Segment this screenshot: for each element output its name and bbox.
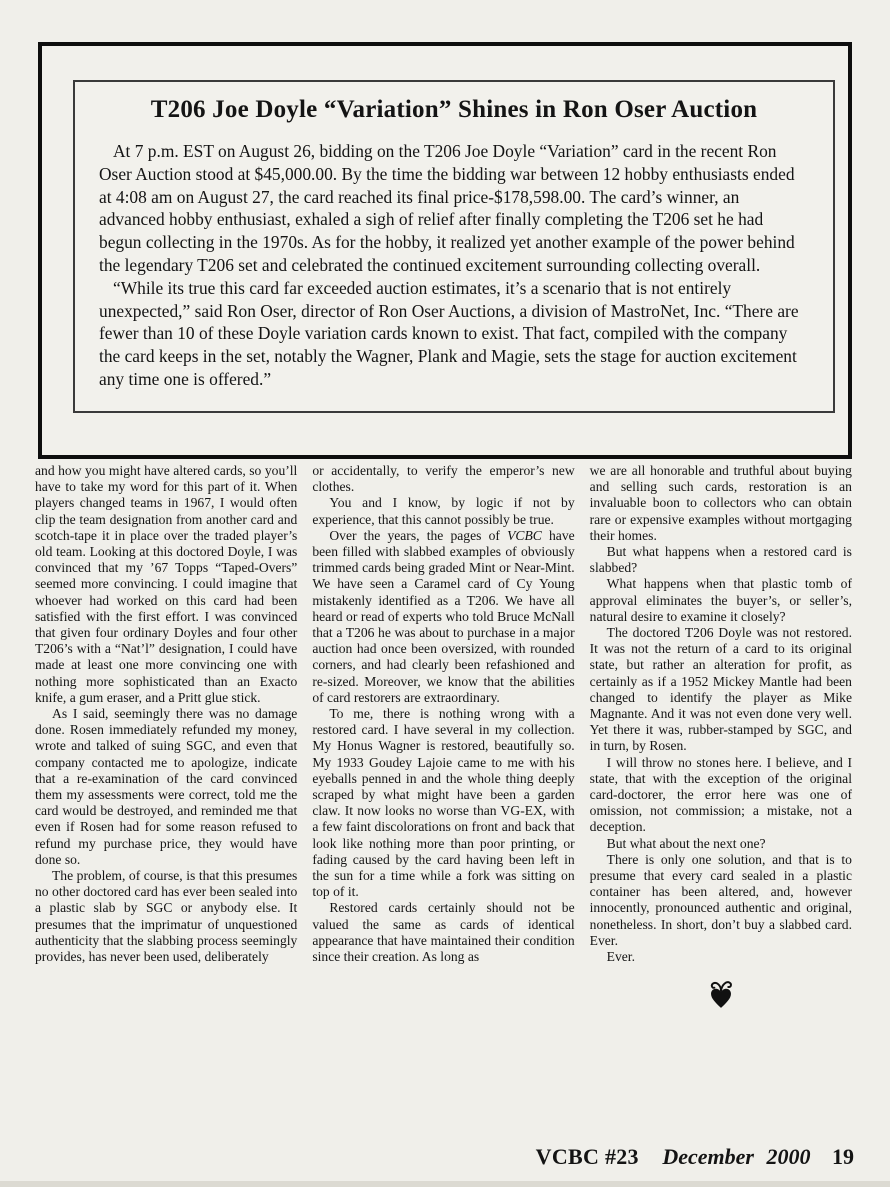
article-paragraph: But what happens when a restored card is… [590, 544, 852, 576]
page-footer: VCBC #23 December 2000 19 [536, 1144, 854, 1170]
article-paragraph: The problem, of course, is that this pre… [35, 868, 297, 965]
page-number: 19 [832, 1144, 854, 1169]
article-paragraph: Over the years, the pages of VCBC have b… [312, 528, 574, 706]
column-2: or accidentally, to verify the emperor’s… [312, 463, 574, 1139]
article-paragraph: and how you might have altered cards, so… [35, 463, 297, 706]
magazine-title: VCBC #23 [536, 1144, 639, 1169]
article-paragraph: or accidentally, to verify the emperor’s… [312, 463, 574, 495]
article-columns: and how you might have altered cards, so… [35, 463, 852, 1139]
headline-box: T206 Joe Doyle “Variation” Shines in Ron… [73, 80, 835, 413]
article-paragraph: we are all honorable and truthful about … [590, 463, 852, 544]
ornament-container [590, 975, 852, 1014]
article-paragraph: I will throw no stones here. I believe, … [590, 755, 852, 836]
feature-article-body: At 7 p.m. EST on August 26, bidding on t… [99, 140, 809, 391]
article-paragraph: But what about the next one? [590, 836, 852, 852]
feature-paragraph: “While its true this card far exceeded a… [99, 277, 809, 391]
column-1: and how you might have altered cards, so… [35, 463, 297, 1139]
article-paragraph: To me, there is nothing wrong with a res… [312, 706, 574, 900]
article-paragraph: There is only one solution, and that is … [590, 852, 852, 949]
article-paragraph: The doctored T206 Doyle was not restored… [590, 625, 852, 755]
issue-date: December 2000 [662, 1144, 810, 1169]
floral-heart-icon [707, 975, 735, 1009]
column-3: we are all honorable and truthful about … [590, 463, 852, 1139]
article-headline: T206 Joe Doyle “Variation” Shines in Ron… [99, 96, 809, 124]
article-paragraph: You and I know, by logic if not by exper… [312, 495, 574, 527]
article-paragraph: What happens when that plastic tomb of a… [590, 576, 852, 625]
feature-article-frame: T206 Joe Doyle “Variation” Shines in Ron… [38, 42, 852, 459]
article-paragraph: Ever. [590, 949, 852, 965]
article-paragraph: As I said, seemingly there was no damage… [35, 706, 297, 868]
feature-paragraph: At 7 p.m. EST on August 26, bidding on t… [99, 140, 809, 277]
italic-text: VCBC [507, 528, 542, 543]
article-paragraph: Restored cards certainly should not be v… [312, 900, 574, 965]
scan-edge-artifact [0, 1181, 890, 1187]
magazine-page: T206 Joe Doyle “Variation” Shines in Ron… [0, 0, 890, 1187]
